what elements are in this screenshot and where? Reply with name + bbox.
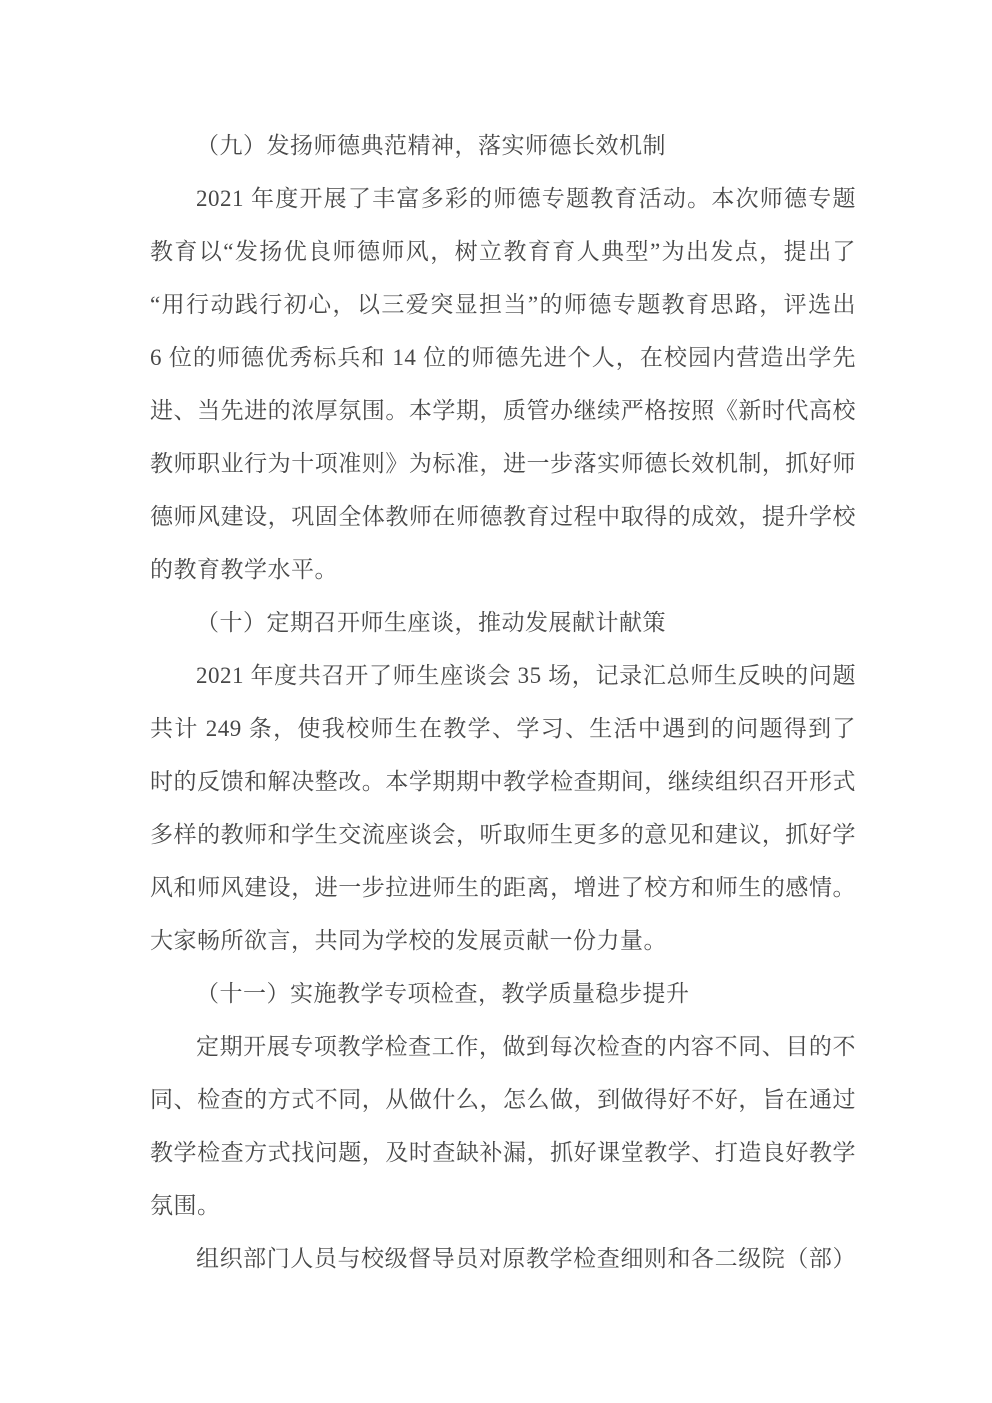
text-line: 氛围。 bbox=[150, 1179, 856, 1232]
text-line: 风和师风建设，进一步拉进师生的距离，增进了校方和师生的感情。 bbox=[150, 861, 856, 914]
text-line: 德师风建设，巩固全体教师在师德教育过程中取得的成效，提升学校 bbox=[150, 490, 856, 543]
text-line: 6 位的师德优秀标兵和 14 位的师德先进个人，在校园内营造出学先 bbox=[150, 331, 856, 384]
text-line: 定期开展专项教学检查工作，做到每次检查的内容不同、目的不 bbox=[150, 1020, 856, 1073]
section-heading: （十一）实施教学专项检查，教学质量稳步提升 bbox=[150, 967, 856, 1020]
text-line: 同、检查的方式不同，从做什么，怎么做，到做得好不好，旨在通过 bbox=[150, 1073, 856, 1126]
text-line: 组织部门人员与校级督导员对原教学检查细则和各二级院（部） bbox=[150, 1232, 856, 1285]
text-line: 2021 年度开展了丰富多彩的师德专题教育活动。本次师德专题 bbox=[150, 172, 856, 225]
section-heading: （九）发扬师德典范精神，落实师德长效机制 bbox=[150, 119, 856, 172]
section-heading: （十）定期召开师生座谈，推动发展献计献策 bbox=[150, 596, 856, 649]
text-line: 大家畅所欲言，共同为学校的发展贡献一份力量。 bbox=[150, 914, 856, 967]
text-line: “用行动践行初心，以三爱突显担当”的师德专题教育思路，评选出 bbox=[150, 278, 856, 331]
text-line: 教师职业行为十项准则》为标准，进一步落实师德长效机制，抓好师 bbox=[150, 437, 856, 490]
text-line: 教育以“发扬优良师德师风，树立教育育人典型”为出发点，提出了 bbox=[150, 225, 856, 278]
text-line: 多样的教师和学生交流座谈会，听取师生更多的意见和建议，抓好学 bbox=[150, 808, 856, 861]
text-line: 2021 年度共召开了师生座谈会 35 场，记录汇总师生反映的问题 bbox=[150, 649, 856, 702]
text-line: 进、当先进的浓厚氛围。本学期，质管办继续严格按照《新时代高校 bbox=[150, 384, 856, 437]
document-content: （九）发扬师德典范精神，落实师德长效机制2021 年度开展了丰富多彩的师德专题教… bbox=[150, 119, 856, 1285]
text-line: 的教育教学水平。 bbox=[150, 543, 856, 596]
text-line: 教学检查方式找问题，及时查缺补漏，抓好课堂教学、打造良好教学 bbox=[150, 1126, 856, 1179]
document-page: （九）发扬师德典范精神，落实师德长效机制2021 年度开展了丰富多彩的师德专题教… bbox=[0, 0, 992, 1403]
text-line: 时的反馈和解决整改。本学期期中教学检查期间，继续组织召开形式 bbox=[150, 755, 856, 808]
text-line: 共计 249 条，使我校师生在教学、学习、生活中遇到的问题得到了及 bbox=[150, 702, 856, 755]
